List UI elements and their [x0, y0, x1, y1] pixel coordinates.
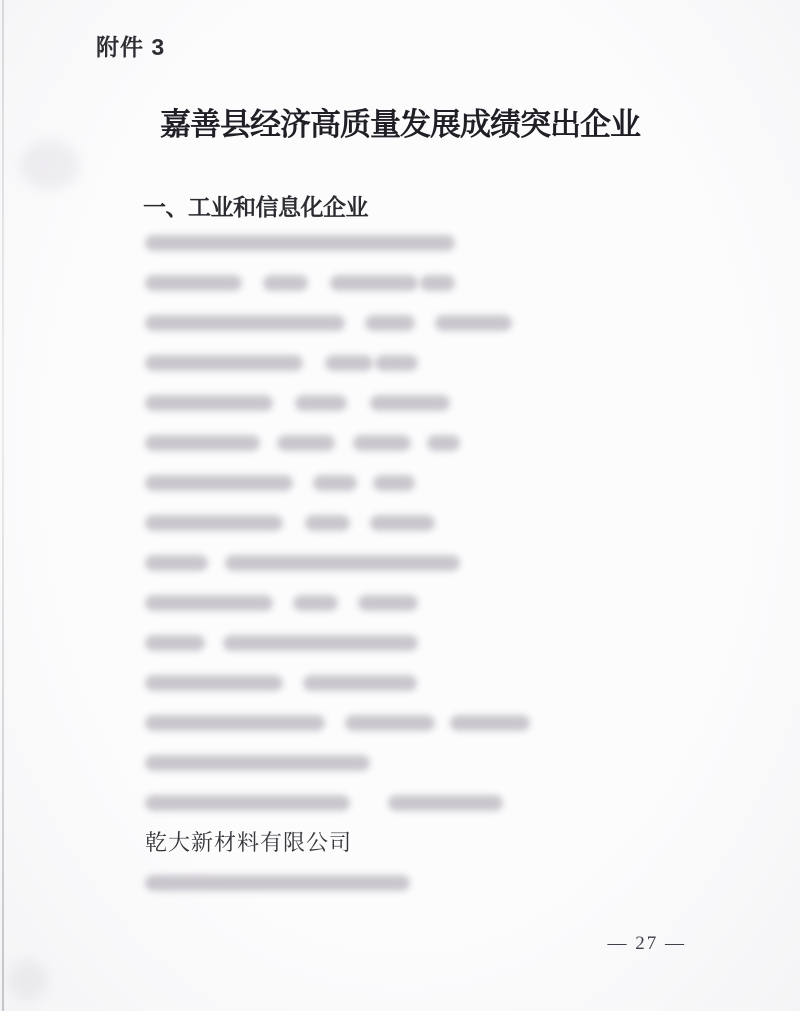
- redaction-bar: [295, 395, 347, 411]
- redacted-company-line: [145, 663, 705, 703]
- redacted-company-line: [145, 343, 705, 383]
- redaction-bar: [223, 635, 418, 651]
- page-number: — 27 —: [608, 933, 687, 955]
- redaction-bar: [145, 875, 410, 891]
- redaction-bar: [145, 235, 455, 251]
- redaction-bar: [145, 795, 350, 811]
- redaction-bar: [370, 515, 435, 531]
- redaction-bar: [365, 315, 415, 331]
- redaction-bar: [277, 435, 335, 451]
- redacted-company-line: [145, 303, 705, 343]
- redaction-bar: [145, 395, 273, 411]
- redaction-bar: [330, 275, 418, 291]
- redaction-bar: [145, 675, 283, 691]
- attachment-label: 附件 3: [96, 29, 165, 62]
- redaction-bar: [145, 635, 205, 651]
- redacted-company-line: [145, 863, 705, 903]
- redaction-bar: [145, 755, 370, 771]
- redacted-company-line: [145, 423, 705, 463]
- redaction-bar: [145, 275, 242, 291]
- redaction-bar: [145, 515, 283, 531]
- redaction-bar: [293, 595, 338, 611]
- scanned-document-page: 附件 3 嘉善县经济高质量发展成绩突出企业 一、工业和信息化企业 乾大新材料有限…: [0, 0, 800, 1011]
- redaction-bar: [325, 355, 373, 371]
- redaction-bar: [313, 475, 357, 491]
- company-list: 乾大新材料有限公司: [145, 223, 705, 903]
- scan-artifact-smudge: [20, 140, 80, 190]
- redaction-bar: [388, 795, 503, 811]
- redaction-bar: [450, 715, 530, 731]
- company-name: 乾大新材料有限公司: [145, 823, 705, 863]
- redaction-bar: [145, 595, 273, 611]
- redaction-bar: [145, 435, 260, 451]
- redaction-bar: [375, 355, 418, 371]
- redacted-company-line: [145, 463, 705, 503]
- redaction-bar: [373, 475, 415, 491]
- redaction-bar: [225, 555, 460, 571]
- redaction-bar: [303, 675, 417, 691]
- redaction-bar: [145, 555, 208, 571]
- redaction-bar: [145, 715, 325, 731]
- redaction-bar: [435, 315, 512, 331]
- scan-artifact-smudge: [8, 960, 48, 1000]
- redaction-bar: [145, 475, 293, 491]
- section-heading: 一、工业和信息化企业: [143, 189, 368, 222]
- redacted-company-line: [145, 783, 705, 823]
- redacted-company-line: [145, 263, 705, 303]
- redacted-company-line: [145, 383, 705, 423]
- redacted-company-line: [145, 503, 705, 543]
- redaction-bar: [145, 355, 303, 371]
- redaction-bar: [145, 315, 345, 331]
- redacted-company-line: [145, 543, 705, 583]
- redaction-bar: [345, 715, 435, 731]
- redaction-bar: [305, 515, 350, 531]
- redacted-company-line: [145, 743, 705, 783]
- scan-artifact-edge-line: [2, 0, 4, 1011]
- redaction-bar: [370, 395, 450, 411]
- redaction-bar: [353, 435, 411, 451]
- redaction-bar: [420, 275, 455, 291]
- redaction-bar: [427, 435, 460, 451]
- redacted-company-line: [145, 703, 705, 743]
- redacted-company-line: [145, 223, 705, 263]
- redacted-company-line: [145, 623, 705, 663]
- document-title: 嘉善县经济高质量发展成绩突出企业: [0, 99, 800, 144]
- redacted-company-line: [145, 583, 705, 623]
- redaction-bar: [358, 595, 418, 611]
- redaction-bar: [263, 275, 308, 291]
